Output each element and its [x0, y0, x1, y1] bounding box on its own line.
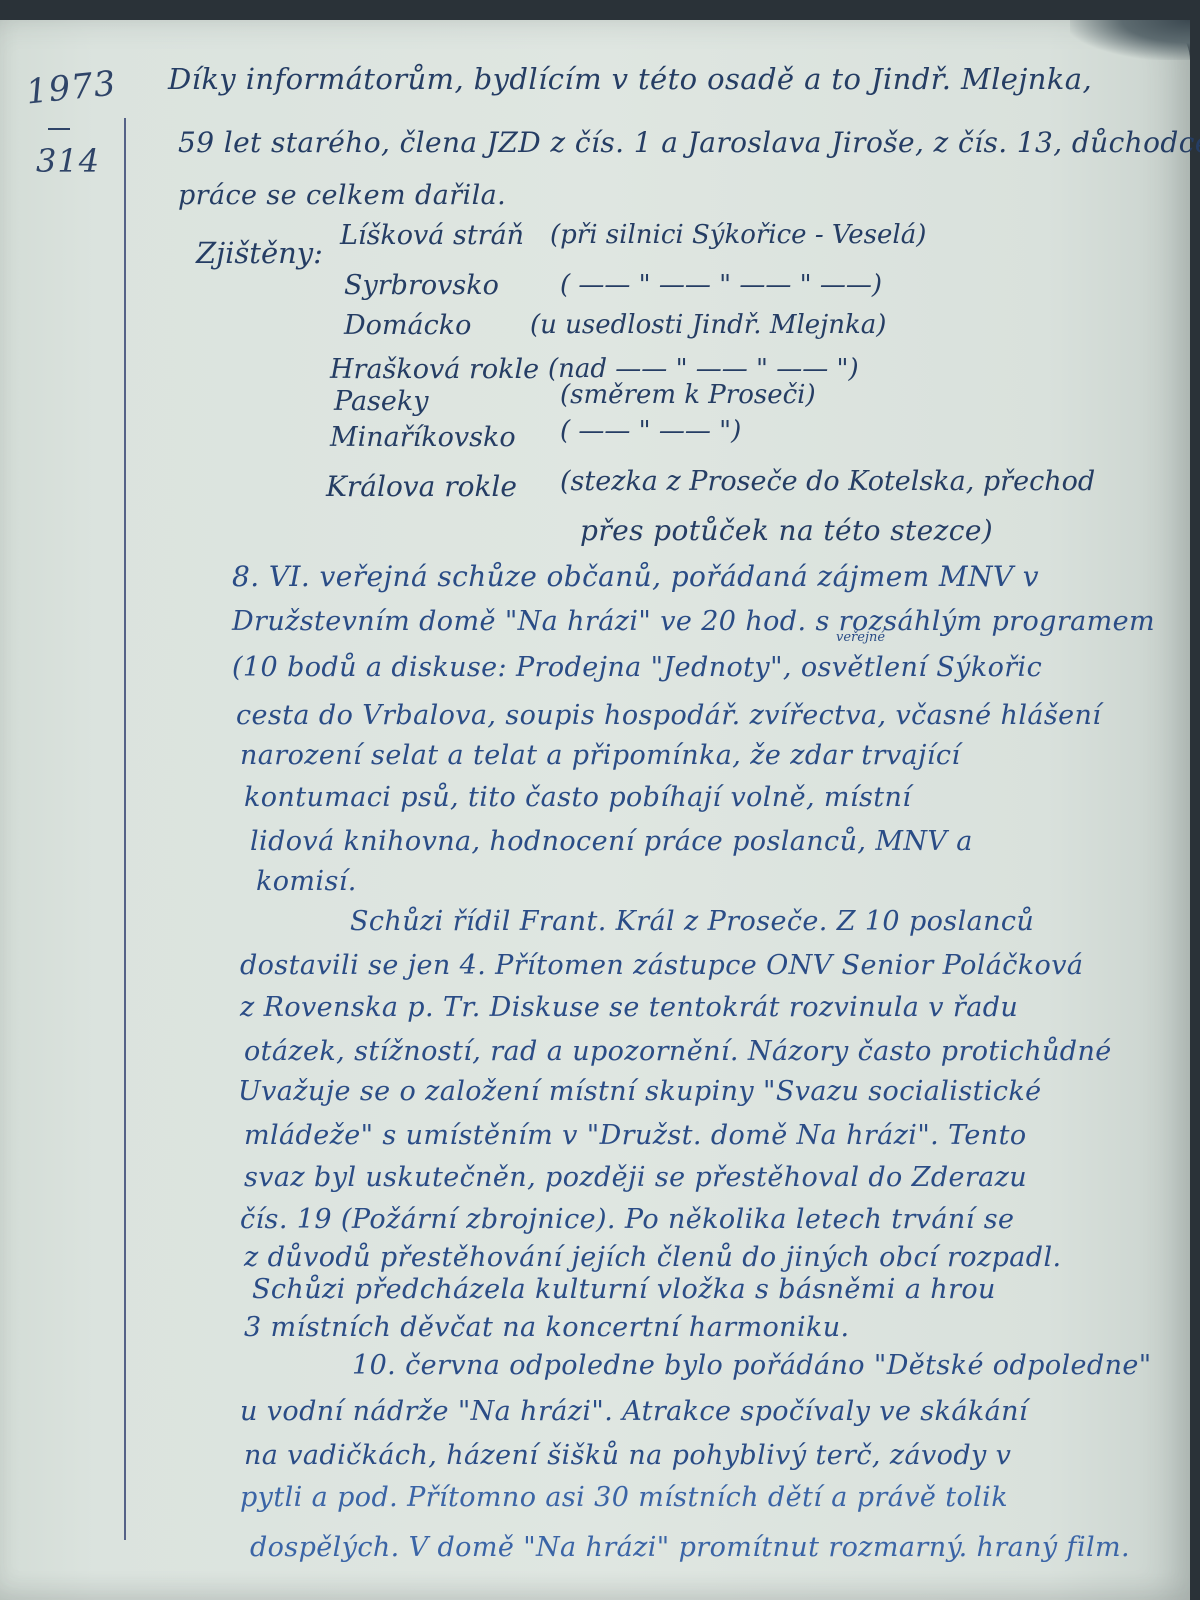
place-note: (u usedlosti Jindř. Mlejnka) — [530, 310, 886, 340]
margin-year: 1973 — [24, 63, 118, 112]
chair-line: dostavili se jen 4. Přítomen zástupce ON… — [240, 950, 1083, 981]
page-corner-curl — [1070, 20, 1190, 60]
children-afternoon-line: 10. června odpoledne bylo pořádáno "Děts… — [352, 1350, 1152, 1381]
place-name: Syrbrovsko — [344, 270, 499, 301]
margin-divider — [48, 128, 70, 130]
intro-line: Díky informátorům, bydlícím v této osadě… — [168, 62, 1092, 96]
children-afternoon-line: na vadičkách, házení šišků na pohyblivý … — [244, 1440, 1011, 1471]
place-note: (stezka z Proseče do Kotelska, přechod — [560, 466, 1095, 497]
meeting-line: cesta do Vrbalova, soupis hospodář. zvíř… — [236, 700, 1101, 731]
meeting-line: lidová knihovna, hodnocení práce poslanc… — [250, 826, 973, 857]
meeting-line: komisí. — [256, 866, 357, 897]
place-note: (směrem k Proseči) — [560, 380, 816, 410]
children-afternoon-line: u vodní nádrže "Na hrázi". Atrakce spočí… — [240, 1396, 1028, 1427]
chair-line: Uvažuje se o založení místní skupiny "Sv… — [238, 1076, 1042, 1107]
margin-rule-line — [124, 118, 126, 1540]
place-name: Hrašková rokle — [330, 354, 539, 385]
chair-line: z důvodů přestěhování jejích členů do ji… — [244, 1242, 1061, 1273]
meeting-line: Družstevním domě "Na hrázi" ve 20 hod. s… — [232, 606, 1155, 637]
chair-line: Schůzi předcházela kulturní vložka s bás… — [252, 1274, 996, 1305]
findings-continuation: přes potůček na této stezce) — [580, 514, 993, 547]
children-afternoon-line: pytli a pod. Přítomno asi 30 místních dě… — [240, 1482, 1008, 1513]
meeting-line: narození selat a telat a připomínka, že … — [240, 740, 960, 771]
findings-label: Zjištěny: — [196, 236, 323, 270]
meeting-line: 8. VI. veřejná schůze občanů, pořádaná z… — [232, 560, 1039, 593]
chair-line: svaz byl uskutečněn, později se přestěho… — [244, 1162, 1027, 1193]
margin-page-number: 314 — [36, 142, 100, 180]
intro-line: práce se celkem dařila. — [178, 180, 506, 211]
place-note: ( —— " —— ") — [560, 416, 741, 446]
place-note: (při silnici Sýkořice - Veselá) — [550, 220, 926, 250]
meeting-insertion-note: veřejné — [836, 630, 885, 645]
chair-line: čís. 19 (Požární zbrojnice). Po několika… — [240, 1204, 1014, 1235]
chair-line: z Rovenska p. Tr. Diskuse se tentokrát r… — [240, 992, 1018, 1023]
chair-line: 3 místních děvčat na koncertní harmoniku… — [244, 1312, 850, 1343]
place-name: Líšková stráň — [340, 220, 524, 251]
place-name: Králova rokle — [326, 470, 517, 503]
chair-line: otázek, stížností, rad a upozornění. Náz… — [244, 1036, 1112, 1067]
place-name: Domácko — [344, 310, 471, 341]
place-name: Minaříkovsko — [330, 422, 516, 453]
chronicle-page: 1973 314 Díky informátorům, bydlícím v t… — [0, 20, 1190, 1600]
chair-line: mládeže" s umístěním v "Družst. domě Na … — [244, 1120, 1027, 1151]
chair-line: Schůzi řídil Frant. Král z Proseče. Z 10… — [350, 906, 1034, 937]
place-note: ( —— " —— " —— " ——) — [560, 270, 882, 300]
meeting-line: (10 bodů a diskuse: Prodejna "Jednoty", … — [232, 652, 1042, 683]
place-name: Paseky — [334, 386, 429, 417]
intro-line: 59 let starého, člena JZD z čís. 1 a Jar… — [178, 126, 1200, 159]
children-afternoon-line: dospělých. V domě "Na hrázi" promítnut r… — [250, 1532, 1130, 1563]
meeting-line: kontumaci psů, tito často pobíhají volně… — [244, 782, 911, 813]
